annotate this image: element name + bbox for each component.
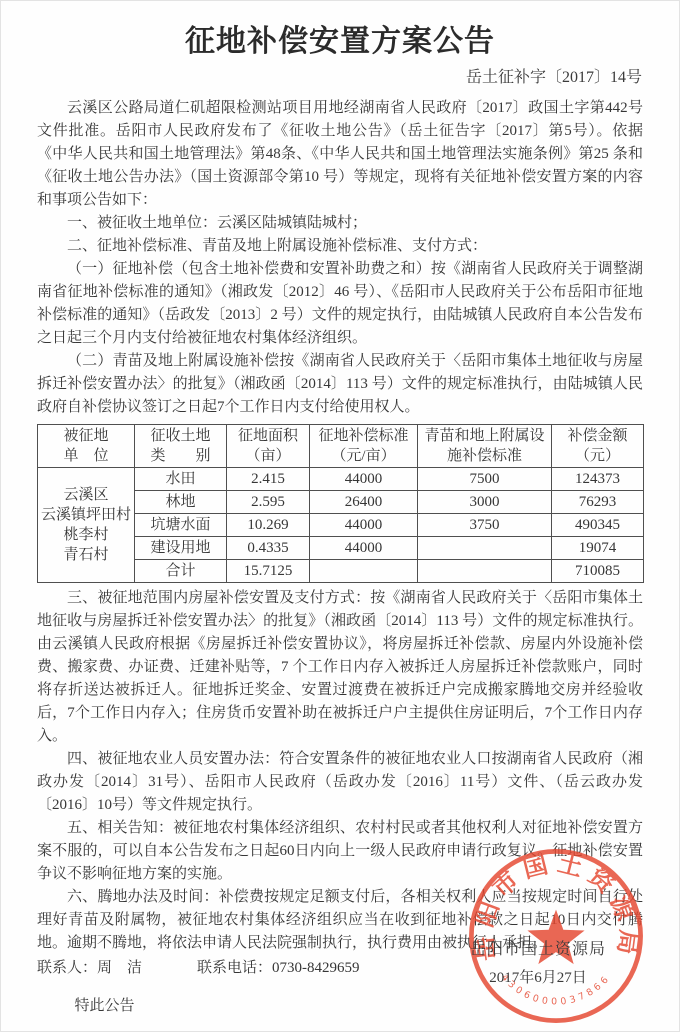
unit-cell: 云溪区 云溪镇坪田村 桃李村 青石村 <box>38 468 135 583</box>
section-item-2: 二、征地补偿标准、青苗及地上附属设施补偿标准、支付方式： <box>37 235 643 258</box>
cell-amount: 19074 <box>552 537 644 560</box>
cell-category: 水田 <box>135 468 227 491</box>
cell-area: 2.595 <box>227 491 310 514</box>
header-land-category: 征收土地 类 别 <box>135 425 227 468</box>
table-header-row: 被征地 单 位 征收土地 类 别 征地面积 （亩） 征地补偿标准 （元/亩） 青… <box>38 425 644 468</box>
announcement-document: 征地补偿安置方案公告 岳土征补字〔2017〕14号 云溪区公路局道仁矶超限检测站… <box>0 0 680 1032</box>
table-row: 云溪区 云溪镇坪田村 桃李村 青石村 水田 2.415 44000 7500 1… <box>38 468 644 491</box>
doc-number: 岳土征补字〔2017〕14号 <box>38 64 642 87</box>
header-unit: 被征地 单 位 <box>38 425 135 468</box>
header-compensation-standard: 征地补偿标准 （元/亩） <box>310 425 418 468</box>
cell-amount-total: 710085 <box>552 560 644 583</box>
contact-person: 联系人：周 洁 <box>37 960 142 976</box>
cell-area: 0.4335 <box>227 537 310 560</box>
signature-block: 岳阳市国土资源局 2017年6月27日 <box>438 936 638 987</box>
cell-category-total: 合计 <box>135 560 227 583</box>
compensation-table: 被征地 单 位 征收土地 类 别 征地面积 （亩） 征地补偿标准 （元/亩） 青… <box>37 424 644 583</box>
header-area: 征地面积 （亩） <box>227 425 310 468</box>
cell-attach-std: 3750 <box>418 514 552 537</box>
section-item-4: 四、被征地农业人员安置办法：符合安置条件的被征地农业人口按湖南省人民政府（湘政办… <box>37 748 643 817</box>
cell-category: 坑塘水面 <box>135 514 227 537</box>
cell-category: 林地 <box>135 491 227 514</box>
cell-amount: 76293 <box>552 491 644 514</box>
cell-std: 44000 <box>310 514 418 537</box>
cell-attach-std: 7500 <box>418 468 552 491</box>
intro-paragraph: 云溪区公路局道仁矶超限检测站项目用地经湖南省人民政府〔2017〕政国土字第442… <box>37 97 643 212</box>
signature-date: 2017年6月27日 <box>438 966 638 987</box>
header-attachment-standard: 青苗和地上附属设 施补偿标准 <box>418 425 552 468</box>
cell-area-total: 15.7125 <box>227 560 310 583</box>
signature-org: 岳阳市国土资源局 <box>438 936 638 959</box>
cell-amount: 490345 <box>552 514 644 537</box>
cell-attach-std <box>418 537 552 560</box>
page-title: 征地补偿安置方案公告 <box>36 16 644 60</box>
cell-std: 44000 <box>310 537 418 560</box>
cell-category: 建设用地 <box>135 537 227 560</box>
cell-attach-std-total <box>418 560 552 583</box>
contact-phone: 联系电话：0730-8429659 <box>197 960 360 976</box>
cell-std: 26400 <box>310 491 418 514</box>
cell-amount: 124373 <box>552 468 644 491</box>
section-item-2-1: （一）征地补偿（包含土地补偿费和安置补助费之和）按《湖南省人民政府关于调整湖南省… <box>37 258 643 350</box>
cell-std-total <box>310 560 418 583</box>
cell-std: 44000 <box>310 468 418 491</box>
header-amount: 补偿金额 （元） <box>552 425 644 468</box>
cell-attach-std: 3000 <box>418 491 552 514</box>
section-item-2-2: （二）青苗及地上附属设施补偿按《湖南省人民政府关于〈岳阳市集体土地征收与房屋拆迁… <box>37 350 643 419</box>
cell-area: 2.415 <box>227 468 310 491</box>
section-item-1: 一、被征收土地单位：云溪区陆城镇陆城村； <box>37 212 643 235</box>
section-item-3: 三、被征地范围内房屋补偿安置及支付方式：按《湖南省人民政府关于〈岳阳市集体土地征… <box>37 587 643 748</box>
cell-area: 10.269 <box>227 514 310 537</box>
